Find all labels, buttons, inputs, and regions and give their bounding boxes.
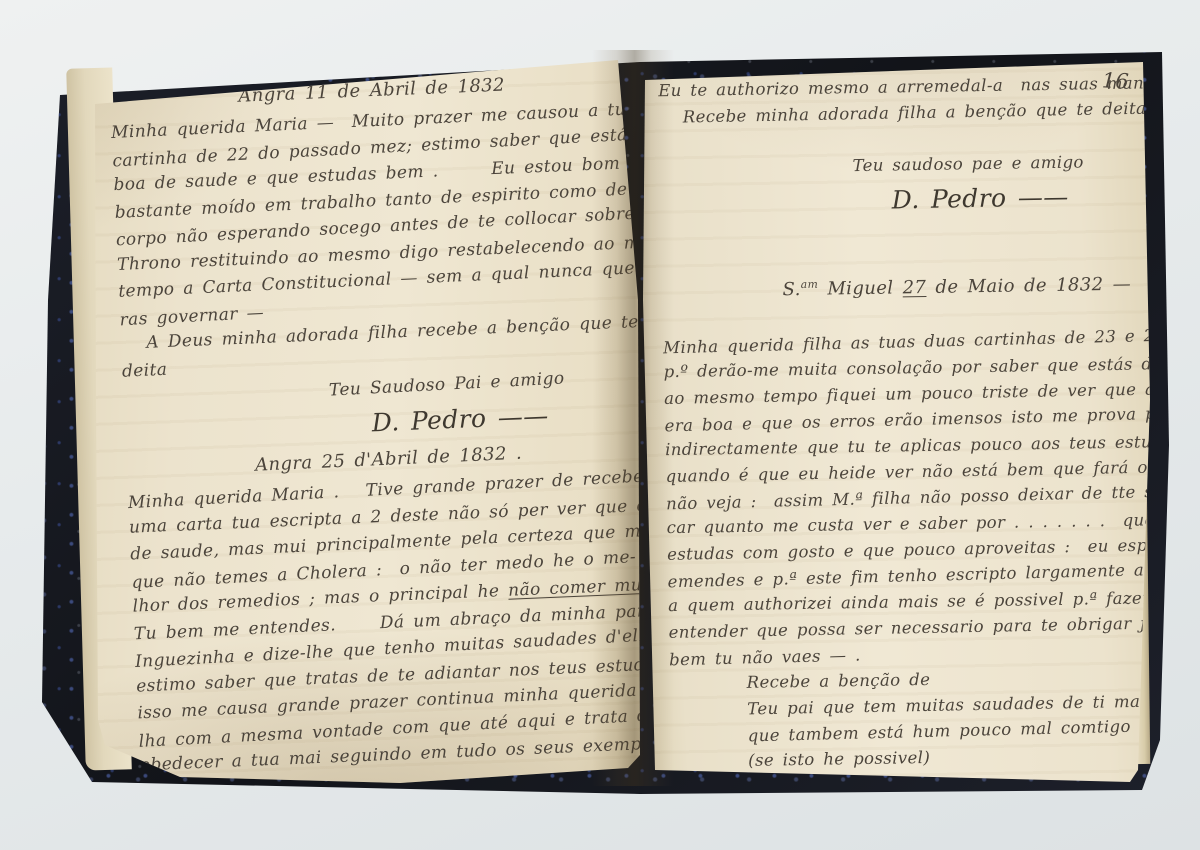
manuscript-text: a quem authorizei ainda mais se é possiv… bbox=[668, 587, 1200, 615]
manuscript-text: Teu saudoso pae e amigo bbox=[852, 152, 1084, 175]
manuscript-text: de Maio de 1832 — bbox=[926, 274, 1131, 298]
manuscript-text: p.º derão-me muita consolação por saber … bbox=[663, 353, 1200, 381]
manuscript-text: indirectamente que tu te aplicas pouco a… bbox=[665, 431, 1200, 459]
left-page-text: Angra 11 de Abril de 1832Minha querida M… bbox=[109, 63, 655, 780]
manuscript-text: 27 bbox=[902, 277, 926, 298]
manuscript-text: Eu te authorizo mesmo a arremedal-a nas … bbox=[658, 73, 1200, 101]
manuscript-text: Angra 25 d'Abril de 1832 . bbox=[255, 443, 523, 476]
manuscript-text: (se isto he possivel) bbox=[748, 748, 930, 770]
date-heading: S.am Miguel 27 de Maio de 1832 — bbox=[662, 262, 1145, 309]
left-page: Angra 11 de Abril de 1832Minha querida M… bbox=[85, 52, 645, 792]
manuscript-text: D. Pedro —— bbox=[371, 401, 549, 437]
manuscript-text: bem tu não vaes — . bbox=[669, 646, 861, 670]
manuscript-text: Miguel bbox=[818, 277, 903, 299]
right-page: 16 Eu te authorizo mesmo a arremedal-a n… bbox=[640, 55, 1155, 795]
manuscript-text: S. bbox=[782, 279, 801, 300]
manuscript-text: deita bbox=[121, 359, 167, 381]
photo-background: Angra 11 de Abril de 1832Minha querida M… bbox=[0, 0, 1200, 850]
manuscript-text: car quanto me custa ver e saber por . . … bbox=[666, 509, 1200, 537]
manuscript-text: que tambem está hum pouco mal comtigo bbox=[747, 717, 1131, 746]
manuscript-text: Recebe a benção de bbox=[747, 670, 931, 692]
manuscript-text: D. Pedro —— bbox=[891, 182, 1068, 214]
manuscript-text: am bbox=[801, 278, 819, 291]
right-page-text: Eu te authorizo mesmo a arremedal-a nas … bbox=[658, 70, 1154, 814]
